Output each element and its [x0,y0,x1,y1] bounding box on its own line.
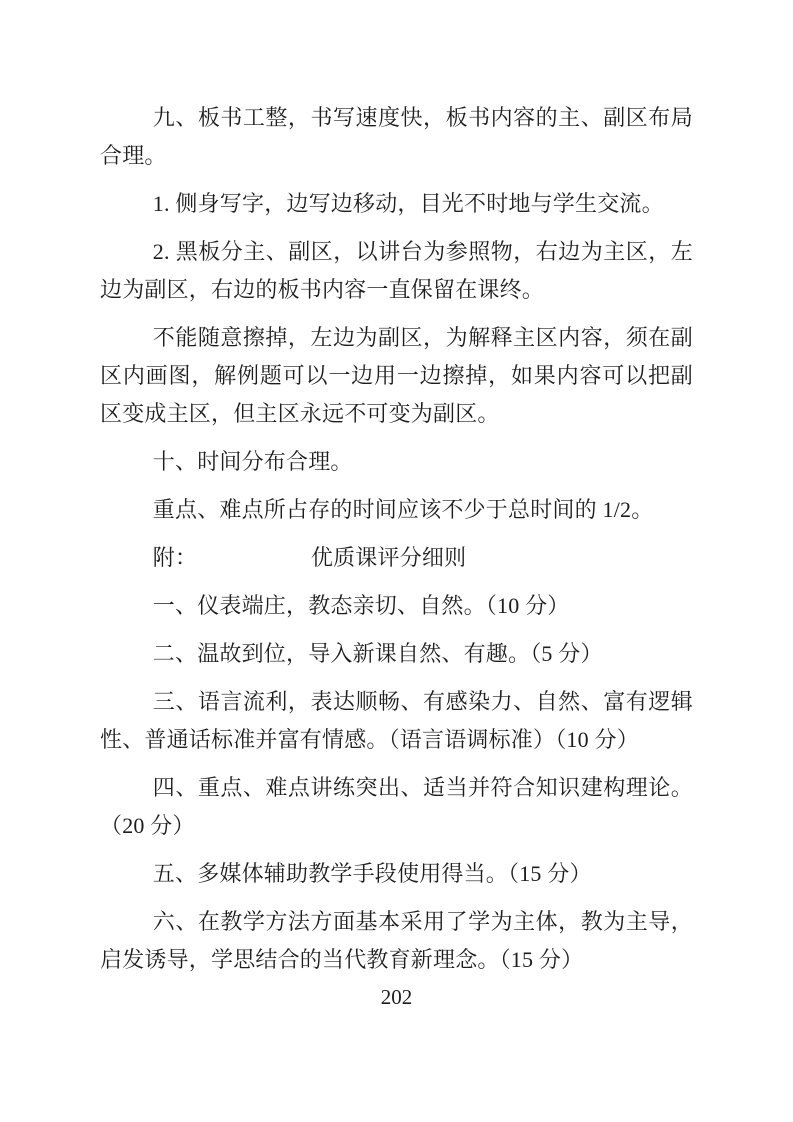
paragraph-score-key-points: 四、重点、难点讲练突出、适当并符合知识建构理论。（20 分） [100,769,693,845]
paragraph-side-writing: 1. 侧身写字，边写边移动，目光不时地与学生交流。 [100,185,693,223]
paragraph-score-teaching-method: 六、在教学方法方面基本采用了学为主体，教为主导，启发诱导，学思结合的当代教育新理… [100,903,693,979]
paragraph-erase-rules: 不能随意擦掉，左边为副区，为解释主区内容，须在副区内画图，解例题可以一边用一边擦… [100,319,693,433]
paragraph-blackboard-zones: 2. 黑板分主、副区，以讲台为参照物，右边为主区，左边为副区，右边的板书内容一直… [100,233,693,309]
appendix-title: 优质课评分细则 [311,545,466,570]
document-content: 九、板书工整，书写速度快，板书内容的主、副区布局合理。 1. 侧身写字，边写边移… [100,99,693,989]
paragraph-score-review-intro: 二、温故到位，导入新课自然、有趣。（5 分） [100,635,693,673]
page-number: 202 [0,984,793,1010]
appendix-label: 附： [153,545,197,570]
paragraph-time-distribution: 十、时间分布合理。 [100,443,693,481]
appendix-line: 附： 优质课评分细则 [100,539,693,577]
paragraph-score-appearance: 一、仪表端庄，教态亲切、自然。（10 分） [100,587,693,625]
document-page: 九、板书工整，书写速度快，板书内容的主、副区布局合理。 1. 侧身写字，边写边移… [0,0,793,1122]
paragraph-board-writing: 九、板书工整，书写速度快，板书内容的主、副区布局合理。 [100,99,693,175]
paragraph-score-language: 三、语言流利，表达顺畅、有感染力、自然、富有逻辑性、普通话标准并富有情感。（语言… [100,683,693,759]
paragraph-key-points-time: 重点、难点所占存的时间应该不少于总时间的 1/2。 [100,491,693,529]
paragraph-score-multimedia: 五、多媒体辅助教学手段使用得当。（15 分） [100,855,693,893]
